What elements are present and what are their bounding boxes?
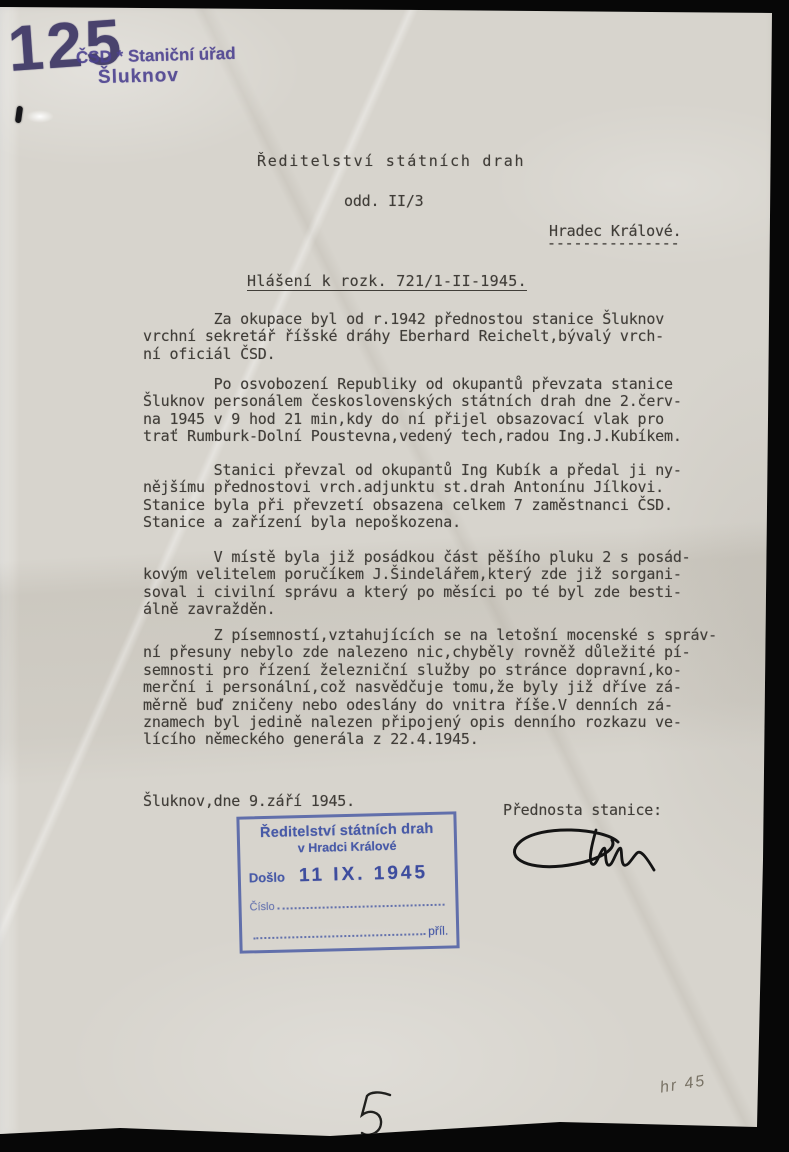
body-paragraph-2: Po osvobození Republiky od okupantů přev… — [143, 376, 723, 446]
body-paragraph-1: Za okupace byl od r.1942 přednostou stan… — [143, 311, 723, 363]
received-stamp-number-dotted-line — [277, 894, 444, 910]
body-paragraph-5: Z písemností,vztahujících se na letošní … — [143, 627, 723, 749]
received-stamp-attachment-dotted-line — [253, 923, 425, 939]
received-stamp-number-label: Číslo — [249, 901, 274, 914]
recipient-department: odd. II/3 — [344, 193, 423, 210]
station-office-stamp-line1: ČSD * Staniční úřad — [76, 44, 236, 68]
paper-blemish — [26, 110, 54, 123]
station-office-stamp-line2: Šluknov — [98, 65, 179, 89]
recipient-name: Ředitelství státních drah — [257, 153, 525, 170]
recipient-city-underline: --------------- — [547, 235, 679, 252]
pencil-annotation: hr 45 — [659, 1072, 708, 1097]
paper-tear-mark — [15, 106, 23, 124]
handwritten-page-number — [352, 1088, 398, 1140]
received-stamp-doslo-label: Došlo — [249, 870, 285, 886]
signature-label: Přednosta stanice: — [503, 802, 662, 819]
place-and-date: Šluknov,dne 9.září 1945. — [143, 793, 355, 810]
body-paragraph-4: V místě byla již posádkou část pěšího pl… — [143, 549, 723, 619]
received-stamp-attachment-label: příl. — [428, 924, 448, 938]
paper-sheet: 125 ČSD * Staniční úřad Šluknov Ředitels… — [0, 0, 789, 1152]
scanned-document-page: { "stamps": { "registration_number": "12… — [0, 0, 789, 1152]
body-paragraph-3: Stanici převzal od okupantů Ing Kubík a … — [143, 462, 723, 532]
handwritten-signature — [500, 820, 670, 884]
subject-line: Hlášení k rozk. 721/1-II-1945. — [247, 273, 527, 290]
received-stamp-date: 11 IX. 1945 — [299, 862, 429, 887]
received-stamp: Ředitelství státních drah v Hradci Králo… — [236, 811, 459, 953]
